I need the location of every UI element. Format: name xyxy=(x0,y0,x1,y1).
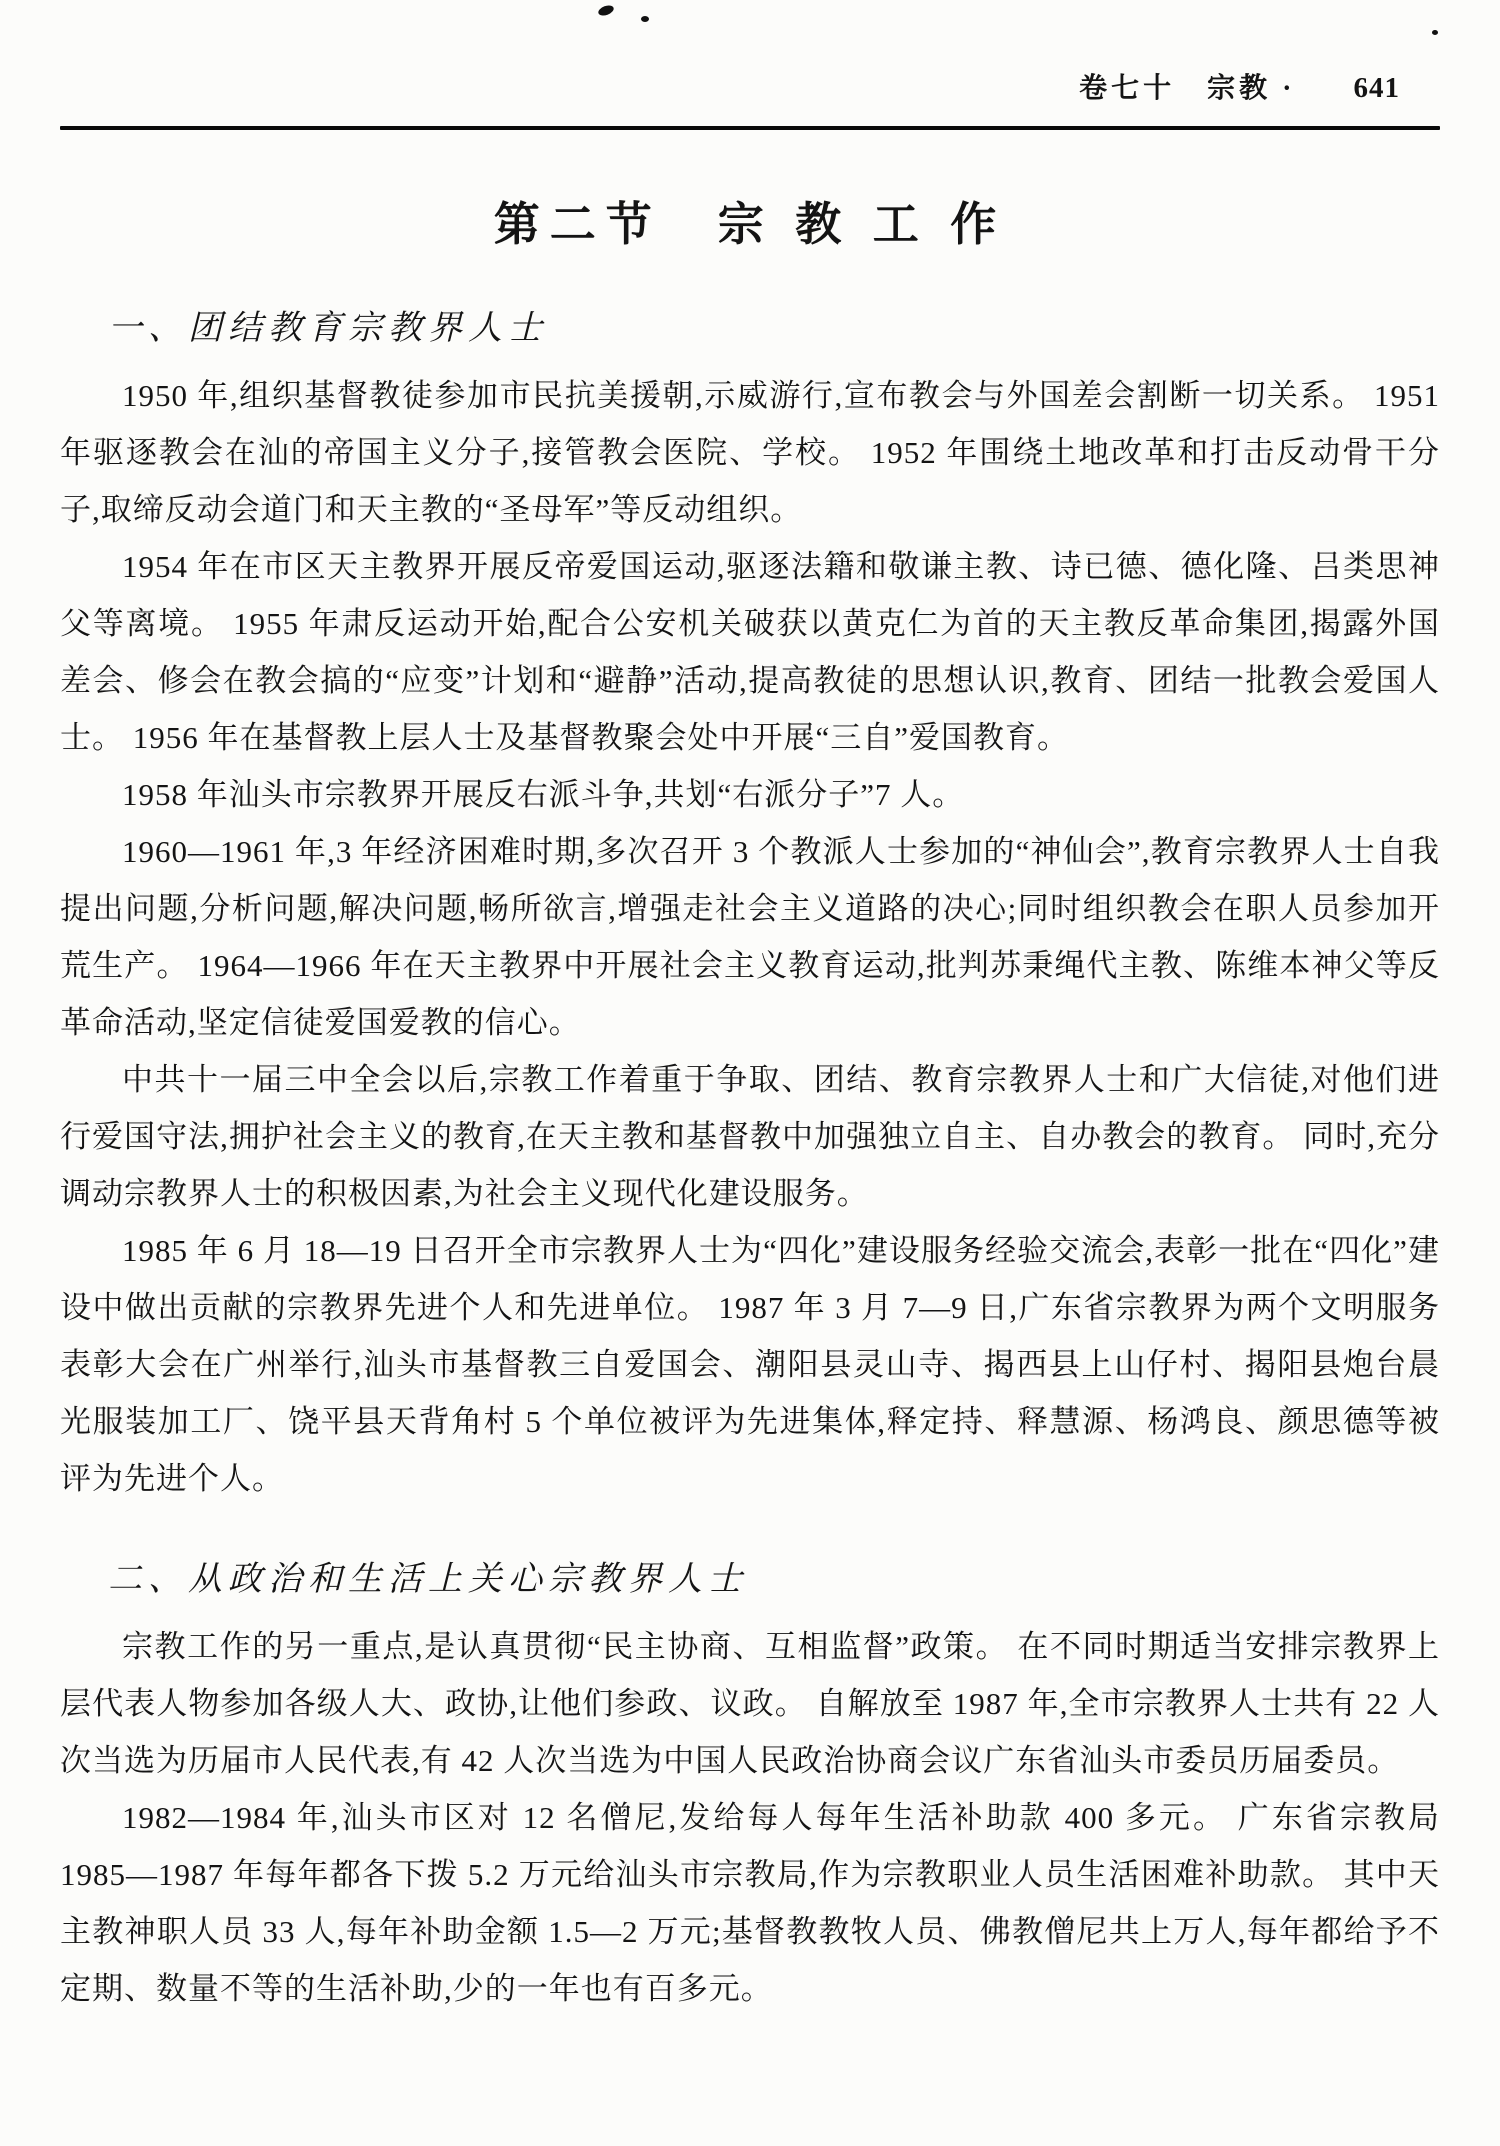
paragraph: 1982—1984 年,汕头市区对 12 名僧尼,发给每人每年生活补助款 400… xyxy=(60,1789,1440,2017)
subsection-heading-1: 一、团结教育宗教界人士 xyxy=(108,300,1440,349)
paragraph: 1954 年在市区天主教界开展反帝爱国运动,驱逐法籍和敬谦主教、诗已德、德化隆、… xyxy=(60,538,1440,766)
page-number: 641 xyxy=(1354,72,1401,105)
paragraph: 中共十一届三中全会以后,宗教工作着重于争取、团结、教育宗教界人士和广大信徒,对他… xyxy=(60,1051,1440,1222)
header-rule xyxy=(60,126,1440,130)
paragraph: 1950 年,组织基督教徒参加市民抗美援朝,示威游行,宣布教会与外国差会割断一切… xyxy=(60,367,1440,538)
document-page: 卷七十 宗教 · 641 第二节 宗 教 工 作 一、团结教育宗教界人士 195… xyxy=(0,0,1500,2146)
paragraph: 1985 年 6 月 18—19 日召开全市宗教界人士为“四化”建设服务经验交流… xyxy=(60,1222,1440,1507)
paragraph: 宗教工作的另一重点,是认真贯彻“民主协商、互相监督”政策。 在不同时期适当安排宗… xyxy=(60,1618,1440,1789)
paragraph: 1960—1961 年,3 年经济困难时期,多次召开 3 个教派人士参加的“神仙… xyxy=(60,823,1440,1051)
page-header: 卷七十 宗教 · 641 xyxy=(60,0,1440,106)
running-head: 卷七十 宗教 · xyxy=(1079,66,1295,106)
scan-artifact xyxy=(1432,30,1438,35)
subsection-heading-2: 二、从政治和生活上关心宗教界人士 xyxy=(108,1551,1440,1600)
scan-artifact xyxy=(641,16,649,22)
section-title: 第二节 宗 教 工 作 xyxy=(60,188,1440,254)
paragraph: 1958 年汕头市宗教界开展反右派斗争,共划“右派分子”7 人。 xyxy=(60,766,1440,823)
